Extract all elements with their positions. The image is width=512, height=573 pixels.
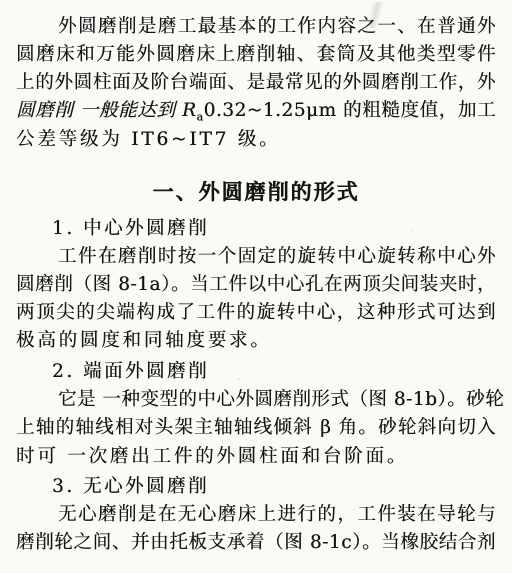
section1-line-3: 两顶尖的尖端构成了工件的旋转中心，这种形式可达到 bbox=[16, 302, 496, 324]
roughness-value-prefix: 圆磨削 一般能达到 R bbox=[16, 100, 197, 121]
section3-line-1: 无心磨削是在无心磨床上进行的，工件装在导轮与 bbox=[58, 504, 496, 526]
scanned-page: 外圆磨削是磨工最基本的工作内容之一、在普通外 圆磨床和万能外圆磨床上磨削轴、套筒… bbox=[0, 0, 512, 573]
section2-line-1: 它是 一种变型的中心外圆磨削形式（图 8-1b）。砂轮 bbox=[58, 389, 496, 411]
intro-line-1: 外圆磨削是磨工最基本的工作内容之一、在普通外 bbox=[58, 16, 496, 38]
section-heading: 一、外圆磨削的形式 bbox=[0, 176, 512, 206]
section1-line-4: 极高的圆度和同轴度要求。 bbox=[16, 330, 272, 352]
intro-line-2: 圆磨床和万能外圆磨床上磨削轴、套筒及其他类型零件 bbox=[16, 44, 496, 66]
section2-line-3: 时可 一次磨出工件的外圆柱面和台阶面。 bbox=[16, 446, 408, 468]
intro-line-5: 公差等级为 IT6~IT7 级。 bbox=[16, 129, 280, 151]
roughness-value-suffix: 0.32~1.25μm 的粗糙度值，加工 bbox=[204, 100, 496, 121]
section1-line-1: 工件在磨削时按一个固定的旋转中心旋转称中心外 bbox=[58, 246, 496, 268]
intro-line-4: 圆磨削 一般能达到 Ra0.32~1.25μm 的粗糙度值，加工 bbox=[16, 100, 496, 122]
section3-line-2: 磨削轮之间、并由托板支承着（图 8-1c）。当橡胶结合剂 bbox=[16, 532, 496, 554]
roughness-subscript: a bbox=[197, 111, 204, 124]
section2-title: 2. 端面外圆磨削 bbox=[52, 361, 209, 383]
section1-title: 1. 中心外圆磨削 bbox=[52, 218, 209, 240]
section3-title: 3. 无心外圆磨削 bbox=[52, 476, 209, 498]
section2-line-2: 上轴的轴线相对头架主轴轴线倾斜 β 角。砂轮斜向切入 bbox=[16, 417, 496, 439]
section1-line-2: 圆磨削（图 8-1a）。当工件以中心孔在两顶尖间装夹时， bbox=[16, 274, 496, 296]
intro-line-3: 上的外圆柱面及阶台端面、是最常见的外圆磨削工作，外 bbox=[16, 72, 496, 94]
